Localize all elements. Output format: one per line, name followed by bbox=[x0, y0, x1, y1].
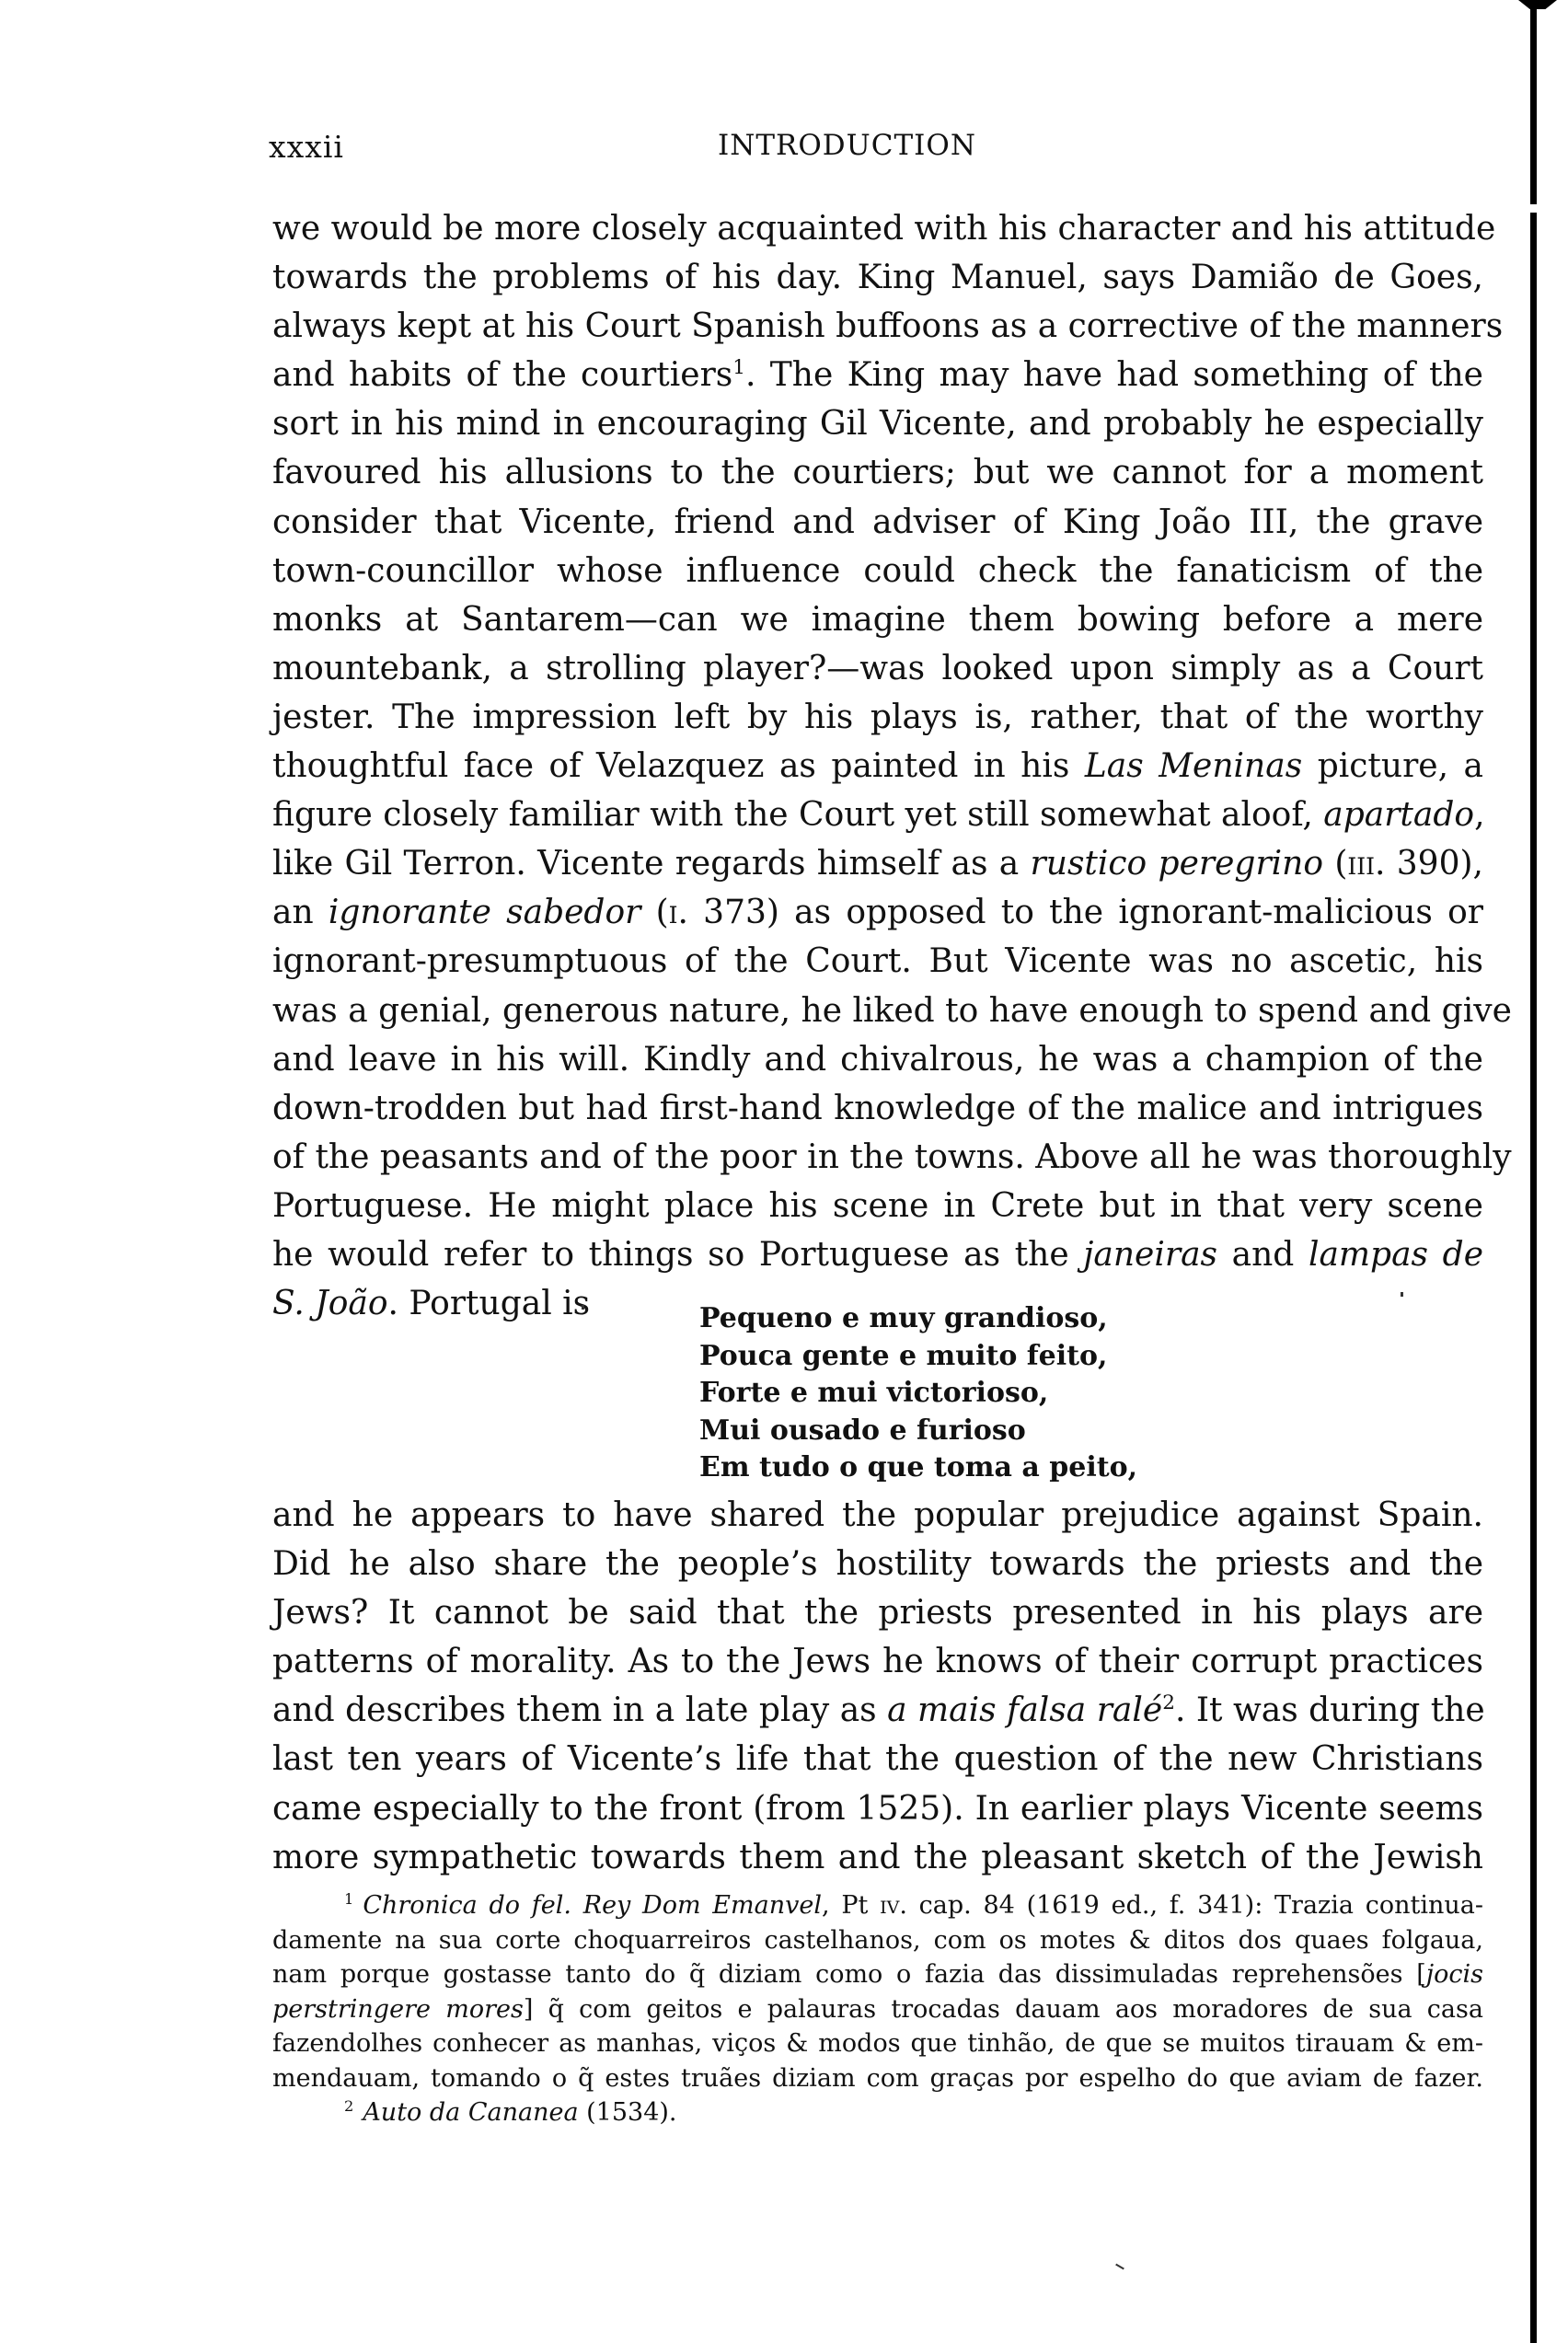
text-line: we would be more closely acquainted with… bbox=[272, 204, 1483, 253]
footnote-line: perstringere mores] q̃ com geitos e pala… bbox=[272, 1992, 1483, 2027]
text-run: thoughtful face of Velazquez as painted … bbox=[272, 747, 1085, 785]
footnote-line: mendauam, tomando o q̃ estes truães dizi… bbox=[272, 2061, 1483, 2096]
text-run: . cap. 84 (1619 ed., f. 341): Trazia con… bbox=[899, 1891, 1483, 1920]
text-line: always kept at his Court Spanish buffoon… bbox=[272, 302, 1483, 351]
running-head-title: INTRODUCTION bbox=[718, 129, 976, 162]
text-line: sort in his mind in encouraging Gil Vice… bbox=[272, 399, 1483, 448]
text-line: ignorant-presumptuous of the Court. But … bbox=[272, 937, 1483, 986]
page-number: xxxii bbox=[269, 129, 344, 165]
text-line: figure closely familiar with the Court y… bbox=[272, 791, 1483, 839]
text-run: an bbox=[272, 894, 329, 931]
text-run: . The King may have had something of the bbox=[745, 356, 1483, 394]
italic-term: janeiras bbox=[1083, 1236, 1217, 1274]
text-run: ( bbox=[640, 894, 668, 931]
text-run: (1534). bbox=[579, 2098, 677, 2127]
scan-speck bbox=[582, 1305, 584, 1310]
scan-speck bbox=[1401, 1292, 1403, 1297]
italic-quote: a mais falsa ralé bbox=[887, 1691, 1162, 1729]
verse-line: Mui ousado e furioso bbox=[699, 1413, 1137, 1450]
text-line: Portuguese. He might place his scene in … bbox=[272, 1182, 1483, 1230]
scanned-book-page: xxxii INTRODUCTION we would be more clos… bbox=[0, 0, 1568, 2343]
text-run: ( bbox=[1323, 845, 1347, 883]
verse-line: Forte e mui victorioso, bbox=[699, 1375, 1137, 1413]
text-line: towards the problems of his day. King Ma… bbox=[272, 253, 1483, 302]
text-line: came especially to the front (from 1525)… bbox=[272, 1784, 1483, 1833]
text-line: like Gil Terron. Vicente regards himself… bbox=[272, 839, 1483, 888]
verse-line: Pouca gente e muito feito, bbox=[699, 1338, 1137, 1376]
italic-latin: jocis bbox=[1426, 1960, 1483, 1989]
italic-title: Las Meninas bbox=[1085, 747, 1302, 785]
text-line: thoughtful face of Velazquez as painted … bbox=[272, 742, 1483, 791]
text-line: was a genial, generous nature, he liked … bbox=[272, 987, 1483, 1035]
text-line: of the peasants and of the poor in the t… bbox=[272, 1133, 1483, 1182]
text-line: an ignorante sabedor (i. 373) as opposed… bbox=[272, 888, 1483, 937]
text-line: Did he also share the people’s hostility… bbox=[272, 1540, 1483, 1588]
italic-title: Auto da Cananea bbox=[363, 2098, 578, 2127]
page-edge-rule-top bbox=[1518, 0, 1557, 9]
text-line: and habits of the courtiers1. The King m… bbox=[272, 351, 1483, 399]
text-run: nam porque gostasse tanto do q̃ diziam c… bbox=[272, 1960, 1426, 1989]
verse-line: Pequeno e muy grandioso, bbox=[699, 1300, 1137, 1338]
text-line: last ten years of Vicente’s life that th… bbox=[272, 1735, 1483, 1783]
volume-ref: iii bbox=[1347, 845, 1375, 883]
italic-term: lampas de bbox=[1309, 1236, 1483, 1274]
text-run: , bbox=[1474, 796, 1484, 834]
text-run: and describes them in a late play as bbox=[272, 1691, 887, 1729]
italic-term: apartado bbox=[1323, 796, 1474, 834]
text-line: mountebank, a strolling player?—was look… bbox=[272, 644, 1483, 693]
italic-term: ignorante sabedor bbox=[329, 894, 640, 931]
edge-rule-gap bbox=[1530, 204, 1537, 213]
text-line: he would refer to things so Portuguese a… bbox=[272, 1230, 1483, 1279]
text-line: and leave in his will. Kindly and chival… bbox=[272, 1035, 1483, 1084]
text-run: and habits of the courtiers bbox=[272, 356, 732, 394]
text-run: picture, a bbox=[1302, 747, 1483, 785]
text-line: down-trodden but had first-hand knowledg… bbox=[272, 1084, 1483, 1133]
text-line: jester. The impression left by his plays… bbox=[272, 693, 1483, 742]
footnotes: 1Chronica do fel. Rey Dom Emanvel, Pt iv… bbox=[272, 1888, 1483, 2130]
body-paragraph-continued: and he appears to have shared the popula… bbox=[272, 1491, 1483, 1882]
text-run: he would refer to things so Portuguese a… bbox=[272, 1236, 1083, 1274]
footnote-line: nam porque gostasse tanto do q̃ diziam c… bbox=[272, 1957, 1483, 1992]
italic-term: S. João bbox=[272, 1285, 388, 1322]
text-run: . 373) as opposed to the ignorant-malici… bbox=[678, 894, 1483, 931]
text-line: town-councillor whose influence could ch… bbox=[272, 547, 1483, 595]
text-run: . 390), bbox=[1375, 845, 1483, 883]
footnote-line: fazendolhes conhecer as manhas, viços & … bbox=[272, 2026, 1483, 2061]
text-run: . It was during the bbox=[1175, 1691, 1485, 1729]
footnote-1: 1Chronica do fel. Rey Dom Emanvel, Pt iv… bbox=[272, 1888, 1483, 1923]
part-ref: iv bbox=[880, 1891, 899, 1920]
text-line: and describes them in a late play as a m… bbox=[272, 1686, 1483, 1735]
text-line: monks at Santarem—can we imagine them bo… bbox=[272, 595, 1483, 644]
volume-ref: i bbox=[669, 894, 678, 931]
footnote-line: damente na sua corte choquarreiros caste… bbox=[272, 1923, 1483, 1958]
footnote-ref-2[interactable]: 2 bbox=[1162, 1691, 1175, 1714]
text-line: more sympathetic towards them and the pl… bbox=[272, 1833, 1483, 1882]
text-line: Jews? It cannot be said that the priests… bbox=[272, 1588, 1483, 1637]
running-head: xxxii INTRODUCTION bbox=[0, 129, 1568, 175]
text-run: ] q̃ com geitos e palauras trocadas daua… bbox=[524, 1995, 1483, 2024]
text-run: , Pt bbox=[822, 1891, 880, 1920]
verse-line: Em tudo o que toma a peito, bbox=[699, 1449, 1137, 1487]
text-run: figure closely familiar with the Court y… bbox=[272, 796, 1323, 834]
italic-term: rustico peregrino bbox=[1031, 845, 1323, 883]
text-run: and bbox=[1217, 1236, 1309, 1274]
italic-title: Chronica do fel. Rey Dom Emanvel bbox=[363, 1891, 822, 1920]
footnote-number: 2 bbox=[344, 2097, 353, 2115]
footnote-number: 1 bbox=[344, 1890, 353, 1908]
text-run: like Gil Terron. Vicente regards himself… bbox=[272, 845, 1031, 883]
body-paragraph: we would be more closely acquainted with… bbox=[272, 204, 1483, 1328]
text-line: patterns of morality. As to the Jews he … bbox=[272, 1637, 1483, 1686]
text-line: consider that Vicente, friend and advise… bbox=[272, 498, 1483, 547]
italic-latin: perstringere mores bbox=[272, 1995, 524, 2024]
verse-quotation: Pequeno e muy grandioso, Pouca gente e m… bbox=[699, 1300, 1137, 1487]
page-edge-rule bbox=[1530, 4, 1537, 2343]
text-run: . Portugal is bbox=[388, 1285, 591, 1322]
scan-speck bbox=[1115, 2264, 1124, 2270]
text-line: and he appears to have shared the popula… bbox=[272, 1491, 1483, 1540]
footnote-2: 2Auto da Cananea (1534). bbox=[272, 2095, 1483, 2130]
footnote-ref-1[interactable]: 1 bbox=[732, 356, 745, 379]
text-line: favoured his allusions to the courtiers;… bbox=[272, 448, 1483, 497]
